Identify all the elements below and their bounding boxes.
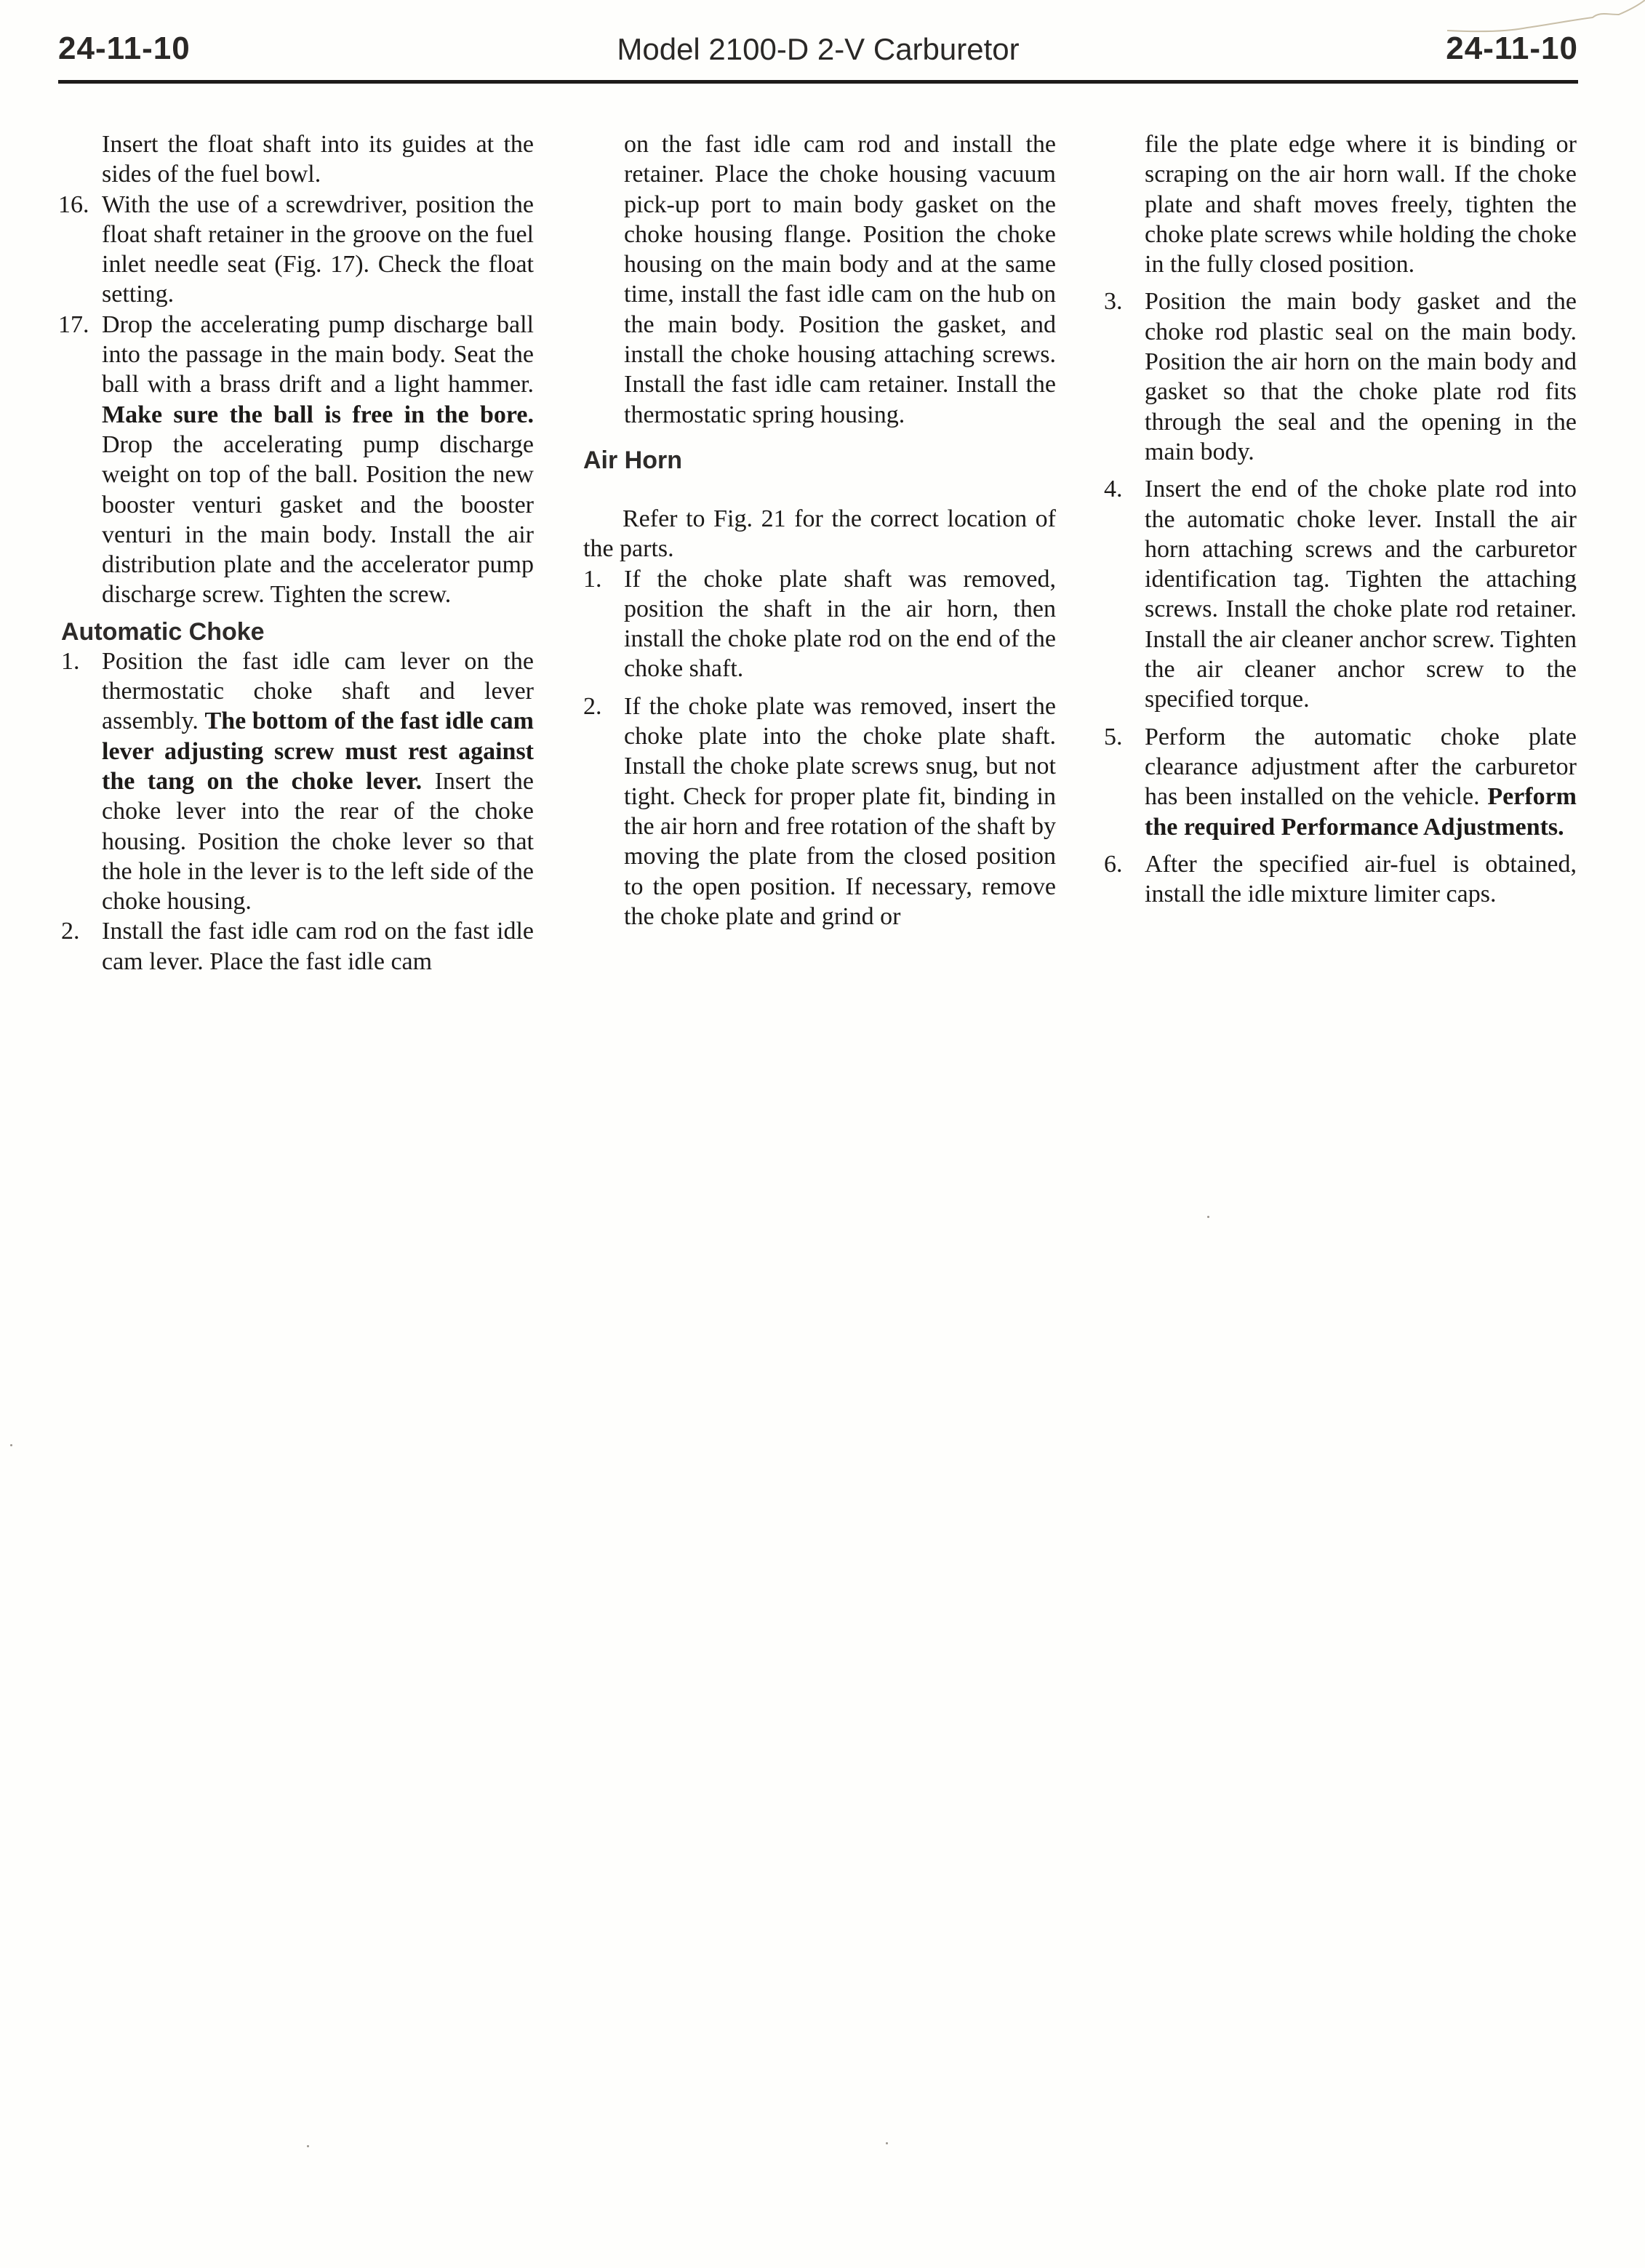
step-text: Drop the accelerating pump discharge bal…: [102, 311, 534, 398]
step-number: 1.: [61, 646, 100, 676]
air-horn-step-2: 2. If the choke plate was removed, inser…: [583, 692, 1056, 931]
scan-speck: [307, 2145, 309, 2147]
step-number: 17.: [58, 310, 97, 340]
air-horn-step-4: 4. Insert the end of the choke plate rod…: [1104, 474, 1577, 714]
step-number: 2.: [61, 916, 100, 946]
step-text: If the choke plate shaft was removed, po…: [624, 566, 1056, 683]
choke-step-2: 2. Install the fast idle cam rod on the …: [61, 916, 534, 977]
step-text: After the specified air-fuel is obtained…: [1145, 851, 1577, 907]
column-3: file the plate edge where it is binding …: [1104, 129, 1577, 909]
air-horn-step-1: 1. If the choke plate shaft was removed,…: [583, 564, 1056, 684]
choke-step-1: 1. Position the fast idle cam lever on t…: [61, 646, 534, 917]
step-text: Insert the end of the choke plate rod in…: [1145, 476, 1577, 713]
step-number: 5.: [1104, 722, 1143, 752]
continuation-paragraph: on the fast idle cam rod and install the…: [583, 129, 1056, 430]
step-text: Drop the accelerating pump discharge wei…: [102, 431, 534, 608]
page-header: 24-11-10 Model 2100-D 2-V Carburetor 24-…: [58, 31, 1578, 74]
step-warning-text: Make sure the ball is free in the bore.: [102, 401, 534, 428]
scan-speck: [10, 1444, 12, 1446]
step-number: 4.: [1104, 474, 1143, 504]
section-heading-air-horn: Air Horn: [583, 446, 1056, 475]
step-number: 16.: [58, 190, 97, 220]
column-2: on the fast idle cam rod and install the…: [583, 129, 1056, 931]
page-title: Model 2100-D 2-V Carburetor: [58, 32, 1578, 67]
step-number: 3.: [1104, 286, 1143, 316]
continuation-paragraph: file the plate edge where it is binding …: [1104, 129, 1577, 279]
scan-speck: [1207, 1216, 1209, 1218]
air-horn-step-6: 6. After the specified air-fuel is obtai…: [1104, 849, 1577, 910]
step-number: 6.: [1104, 849, 1143, 879]
page-number-right: 24-11-10: [1446, 31, 1578, 67]
step-text: If the choke plate was removed, insert t…: [624, 693, 1056, 930]
section-heading-automatic-choke: Automatic Choke: [61, 617, 534, 646]
scan-speck: [886, 2142, 888, 2144]
step-number: 2.: [583, 692, 623, 721]
continuation-paragraph: Insert the float shaft into its guides a…: [61, 129, 534, 190]
intro-paragraph: Refer to Fig. 21 for the correct locatio…: [583, 504, 1056, 564]
column-1: Insert the float shaft into its guides a…: [61, 129, 534, 977]
step-17: 17. Drop the accelerating pump discharge…: [61, 310, 534, 610]
step-text: Position the main body gasket and the ch…: [1145, 288, 1577, 465]
step-number: 1.: [583, 564, 623, 594]
step-16: 16. With the use of a screwdriver, posit…: [61, 190, 534, 310]
step-text: With the use of a screwdriver, position …: [102, 191, 534, 308]
header-rule: [58, 80, 1578, 84]
step-text: Install the fast idle cam rod on the fas…: [102, 918, 534, 974]
air-horn-step-5: 5. Perform the automatic choke plate cle…: [1104, 722, 1577, 842]
air-horn-step-3: 3. Position the main body gasket and the…: [1104, 286, 1577, 467]
